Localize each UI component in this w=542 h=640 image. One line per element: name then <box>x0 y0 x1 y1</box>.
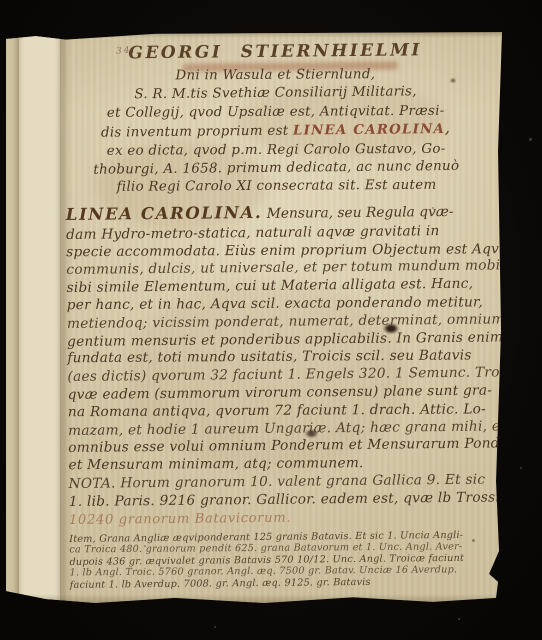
linea-carolina-heading: LINEA CAROLINA. <box>66 203 263 224</box>
body-block: LINEA CAROLINA. Mensura, seu Regula qvæ-… <box>66 199 491 529</box>
header-line-text: dis inventum proprium est <box>101 124 293 141</box>
header-line: ex eo dicta, qvod p.m. Regi Carolo Gusta… <box>65 140 487 161</box>
header-block: GEORGI STIERNHIELMI Dni in Wasula et Sti… <box>64 38 488 199</box>
dust-speck <box>520 467 522 469</box>
appendix-small-text-block: Item, Grana Angliæ æqviponderant 125 gra… <box>69 529 492 591</box>
dust-speck <box>529 138 532 141</box>
binding-page-edges-outer <box>6 31 19 603</box>
manuscript-page: 34. GEORGI STIERNHIELMI Dni in Wasula et… <box>6 31 504 603</box>
handwritten-text: GEORGI STIERNHIELMI Dni in Wasula et Sti… <box>64 38 492 592</box>
header-line: filio Regi Carolo XI consecrata sit. Est… <box>65 177 487 198</box>
dust-speck <box>214 626 216 628</box>
dust-speck <box>458 618 460 620</box>
photo-background: 34. GEORGI STIERNHIELMI Dni in Wasula et… <box>0 0 542 640</box>
header-line: et Collegij, qvod Upsaliæ est, Antiqvita… <box>65 102 487 123</box>
linea-carolina-red-ink: LINEA CAROLINA, <box>293 121 451 139</box>
header-line: Dni in Wasula et Stiernlund, <box>64 65 486 86</box>
binding-page-edges-inner <box>19 31 60 603</box>
body-lead-rest: Mensura, seu Regula qvæ- <box>262 204 453 222</box>
faded-red-ink-line: 10240 granorum Batavicorum. <box>69 507 491 529</box>
